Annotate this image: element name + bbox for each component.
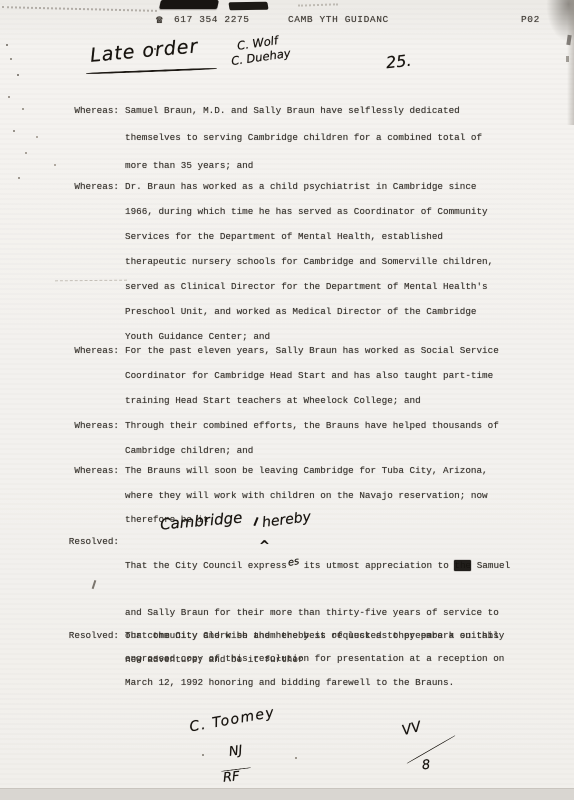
whereas-paragraph-3: Whereas: For the past eleven years, Sall… <box>0 338 574 413</box>
whereas-paragraph-1: Whereas: Samuel Braun, M.D. and Sally Br… <box>0 97 574 179</box>
fraction-bar <box>407 735 456 764</box>
fax-phone-number: 617 354 2275 <box>174 14 250 25</box>
initials-top: NJ <box>228 743 244 760</box>
whereas-label: Whereas: <box>0 413 119 438</box>
whereas-label: Whereas: <box>0 97 119 124</box>
handwritten-underline <box>86 67 217 74</box>
whereas-label: Whereas: <box>0 174 119 199</box>
scan-noise-line <box>2 6 157 12</box>
phone-icon: ☎ <box>156 13 163 27</box>
typed-text: That the City Council express <box>125 560 287 571</box>
scan-edge-mark <box>566 56 569 62</box>
whereas-label: Whereas: <box>0 338 119 363</box>
initials-bottom: RF <box>222 769 240 785</box>
paragraph-text: For the past eleven years, Sally Braun h… <box>125 338 499 413</box>
scan-smudge-blob <box>228 2 268 11</box>
handwritten-tally-fraction: VV 8 <box>398 716 464 776</box>
resolved-label: Resolved: <box>0 624 119 647</box>
paragraph-text: Through their combined efforts, the Brau… <box>125 413 499 463</box>
scan-edge-mark <box>566 35 571 45</box>
scan-speckles <box>6 44 8 46</box>
whereas-label: Whereas: <box>0 459 119 484</box>
handwritten-signature-toomey: C. Toomey <box>188 705 276 736</box>
scan-bottom-band <box>0 788 574 800</box>
paragraph-text: Dr. Braun has worked as a child psychiat… <box>125 174 493 349</box>
paragraph-text: Samuel Braun, M.D. and Sally Braun have … <box>125 97 482 179</box>
handwritten-initials-fraction: NJ RF <box>220 744 260 789</box>
struck-out-word: the <box>454 560 471 571</box>
handwritten-item-number: 25. <box>385 51 412 73</box>
tally-top: VV <box>400 719 422 739</box>
resolved-paragraph-2: Resolved: That the City Clerk be and her… <box>0 624 574 694</box>
fax-sender-id: CAMB YTH GUIDANC <box>288 14 389 25</box>
fax-page-number: P02 <box>521 14 540 25</box>
scanned-fax-page: ☎ 617 354 2275 CAMB YTH GUIDANC P02 Late… <box>0 0 574 800</box>
scan-corner-smudge <box>546 0 574 42</box>
whereas-paragraph-4: Whereas: Through their combined efforts,… <box>0 413 574 463</box>
paragraph-text: That the City Clerk be and hereby is req… <box>125 624 504 694</box>
scan-noise-line <box>298 3 338 6</box>
scan-smudge-blob <box>159 0 219 9</box>
typed-text: its utmost appreciation to <box>298 560 454 571</box>
resolved-label: Resolved: <box>0 530 119 554</box>
handwritten-late-order: Late order <box>89 35 199 66</box>
handwritten-es-insert: es <box>286 550 301 575</box>
typed-text: Samuel <box>471 560 510 571</box>
tally-bottom: 8 <box>421 758 431 774</box>
insertion-caret: ^ <box>259 539 270 554</box>
edited-line: That the City Council expresses its utmo… <box>125 554 510 578</box>
whereas-paragraph-2: Whereas: Dr. Braun has worked as a child… <box>0 174 574 349</box>
